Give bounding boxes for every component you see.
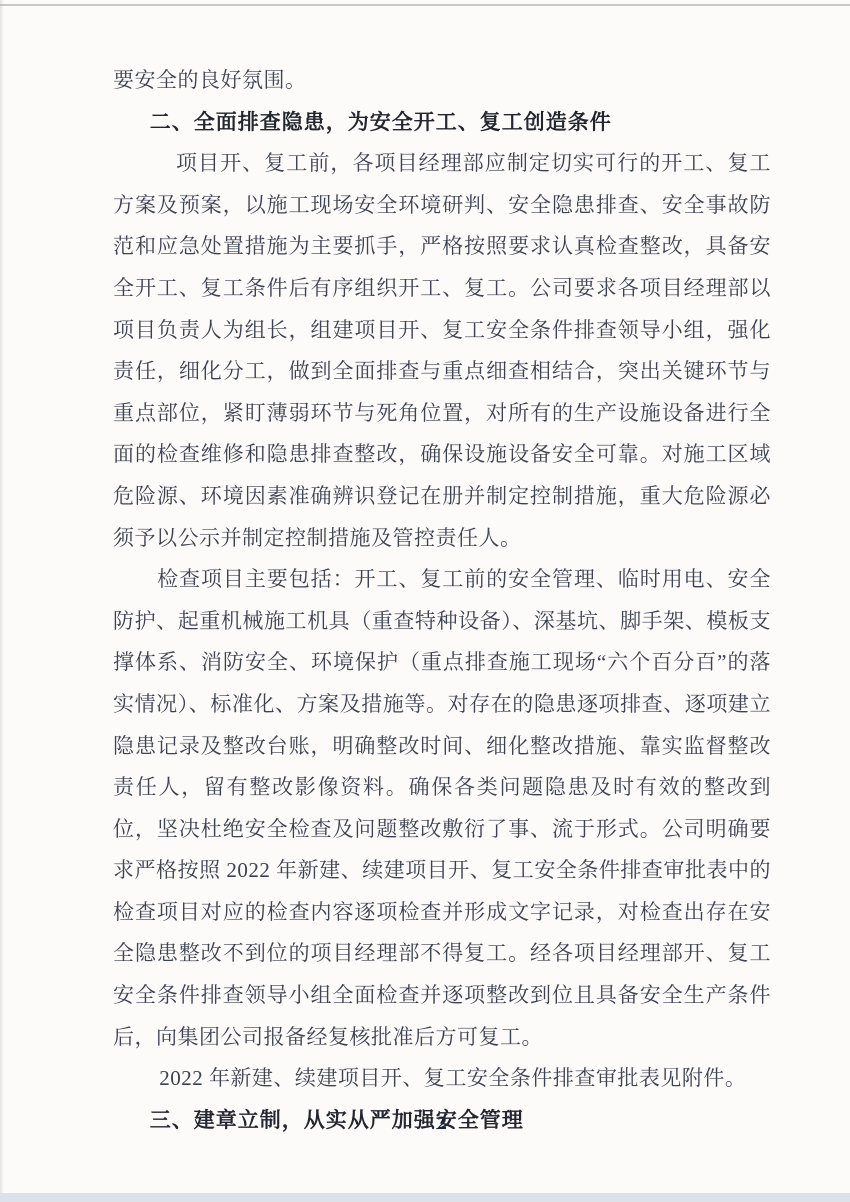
- section-2-heading: 二、全面排查隐患，为安全开工、复工创造条件: [113, 102, 771, 144]
- section-2-paragraph-1: 项目开、复工前，各项目经理部应制定切实可行的开工、复工方案及预案，以施工现场安全…: [113, 143, 771, 559]
- scan-edge-top-line: [0, 4, 850, 6]
- document-body: 要安全的良好氛围。 二、全面排查隐患，为安全开工、复工创造条件 项目开、复工前，…: [113, 60, 771, 1141]
- scanned-document-page: 要安全的良好氛围。 二、全面排查隐患，为安全开工、复工创造条件 项目开、复工前，…: [0, 0, 850, 1202]
- lead-continuation-line: 要安全的良好氛围。: [113, 60, 771, 102]
- section-2-paragraph-2: 检查项目主要包括：开工、复工前的安全管理、临时用电、安全防护、起重机械施工机具（…: [113, 559, 771, 1058]
- page-number: 2: [113, 1113, 771, 1135]
- section-2-paragraph-3-attachment-note: 2022 年新建、续建项目开、复工安全条件排查审批表见附件。: [113, 1058, 771, 1100]
- scan-edge-bottom-strip: [0, 1193, 850, 1202]
- scan-edge-left-shade: [0, 0, 4, 1202]
